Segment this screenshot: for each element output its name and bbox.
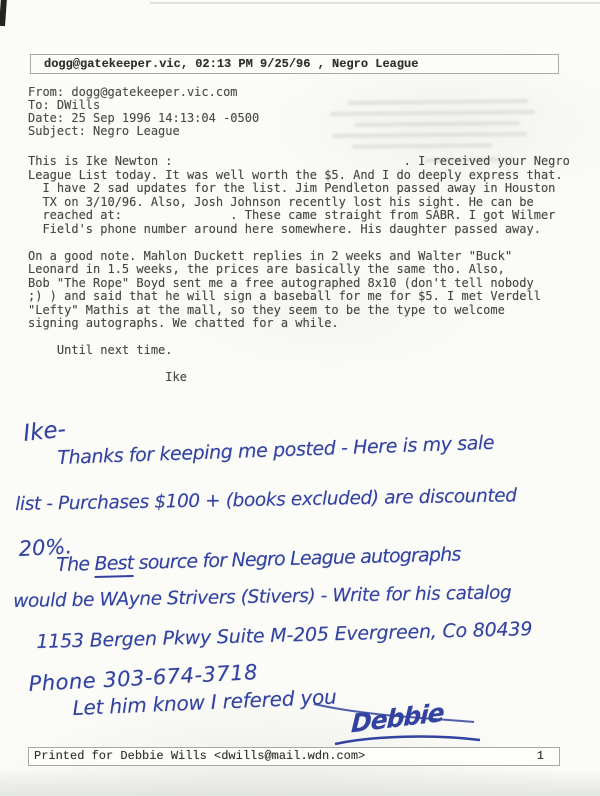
print-footer-bar: Printed for Debbie Wills <dwills@mail.wd… <box>28 747 560 766</box>
bleed-through-artifact <box>332 132 527 138</box>
handwritten-list-line: list - Purchases $100 + (books excluded)… <box>15 485 517 515</box>
scan-bottom-shadow <box>0 771 600 796</box>
bleed-through-artifact <box>352 143 492 148</box>
scan-corner-artifact <box>0 0 7 26</box>
hw-text: source for Negro League autographs <box>133 543 461 574</box>
printed-for-text: Printed for Debbie Wills <dwills@mail.wd… <box>34 748 365 765</box>
handwritten-thanks-line: Thanks for keeping me posted - Here is m… <box>57 432 494 469</box>
handwritten-salutation: Ike- <box>22 417 67 447</box>
hw-text: The <box>56 553 95 576</box>
bleed-through-artifact <box>355 121 520 127</box>
email-body: This is Ike Newton : . I received your N… <box>28 155 570 385</box>
email-header-block: From: dogg@gatekeeper.vic.com To: DWills… <box>28 86 259 138</box>
handwritten-best-source-line: The Best source for Negro League autogra… <box>56 543 461 576</box>
page-number: 1 <box>537 748 544 765</box>
scan-edge-line <box>150 2 600 4</box>
email-summary-bar: dogg@gatekeeper.vic, 02:13 PM 9/25/96 , … <box>30 54 559 74</box>
scanned-email-page: dogg@gatekeeper.vic, 02:13 PM 9/25/96 , … <box>0 0 600 796</box>
hw-underlined-word: Best <box>94 552 134 578</box>
bleed-through-artifact <box>330 110 535 116</box>
handwritten-address-line: 1153 Bergen Pkwy Suite M-205 Evergreen, … <box>36 618 532 653</box>
email-summary-text: dogg@gatekeeper.vic, 02:13 PM 9/25/96 , … <box>31 55 558 73</box>
handwritten-stivers-line: would be WAyne Strivers (Stivers) - Writ… <box>13 582 511 612</box>
bleed-through-artifact <box>348 99 528 105</box>
